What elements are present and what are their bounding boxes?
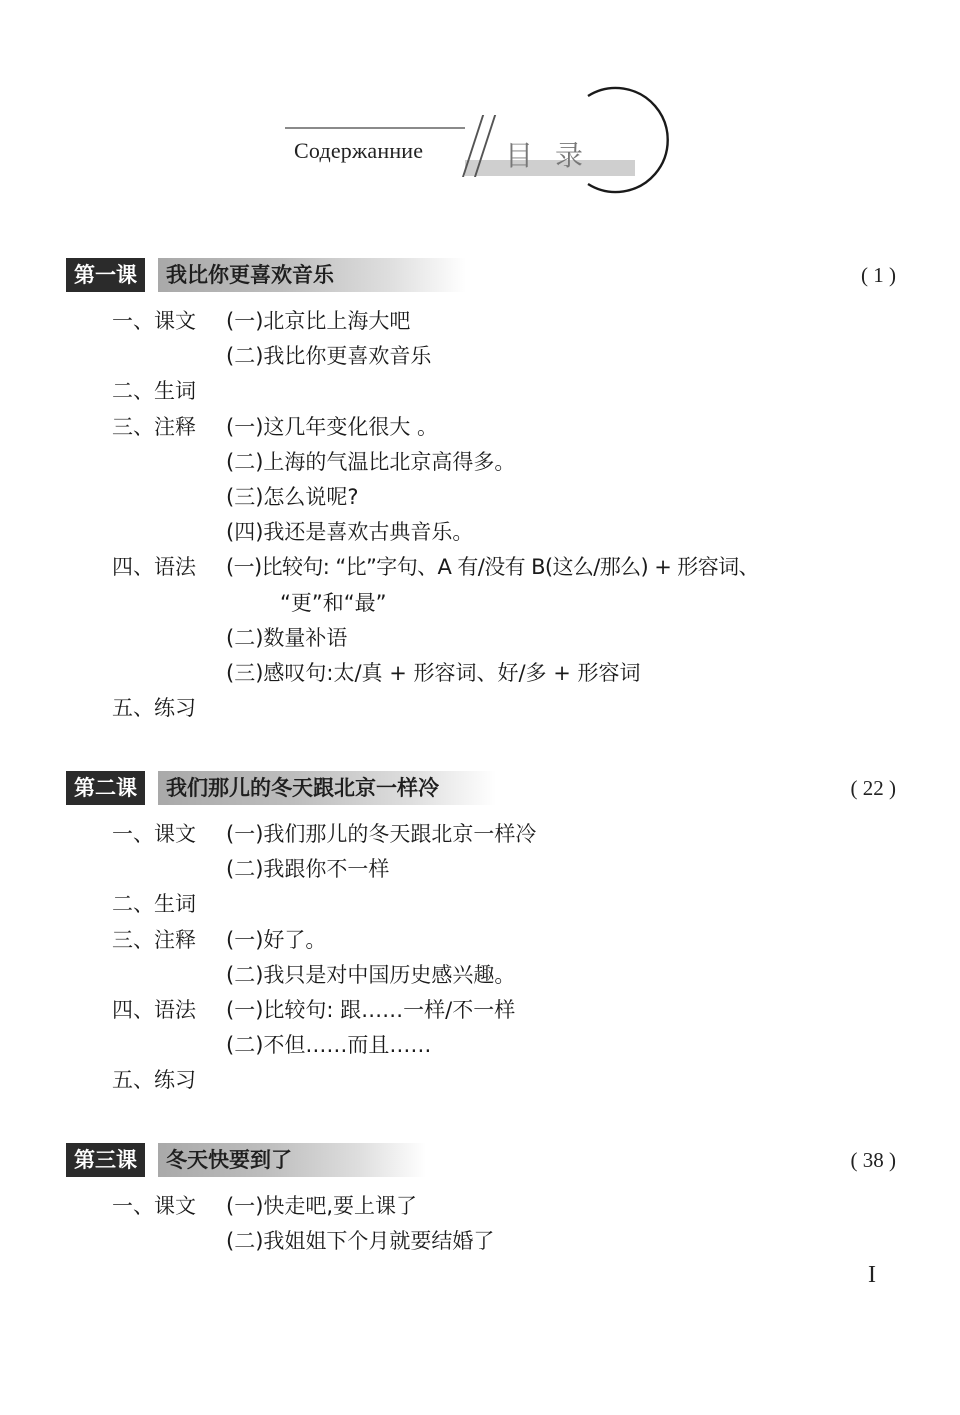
toc-row[interactable]: “更”和“最” (0, 586, 960, 621)
toc-row[interactable]: (二)数量补语 (0, 621, 960, 656)
toc-row[interactable]: 五、练习 (0, 1063, 960, 1098)
toc-row[interactable]: 一、课文(一)快走吧,要上课了 (0, 1189, 960, 1224)
lesson-header[interactable]: 第三课 冬天快要到了 ( 38 ) (0, 1143, 960, 1183)
toc-row[interactable]: 五、练习 (0, 691, 960, 726)
item-label: (一)快走吧,要上课了 (226, 1189, 417, 1224)
toc-row[interactable]: (二)我姐姐下个月就要结婚了 (0, 1224, 960, 1259)
item-label: (一)比较句: 跟……一样/不一样 (226, 993, 515, 1028)
toc-row[interactable]: 四、语法(一)比较句: “比”字句、A 有/没有 B(这么/那么) + 形容词、 (0, 550, 960, 585)
section-label: 五、练习 (112, 691, 196, 726)
section-label: 三、注释 (112, 410, 196, 445)
toc-row[interactable]: (三)怎么说呢? (0, 480, 960, 515)
toc-row[interactable]: (二)我只是对中国历史感兴趣。 (0, 958, 960, 993)
item-label: (二)我姐姐下个月就要结婚了 (226, 1224, 494, 1259)
toc-row[interactable]: (三)感叹句:太/真 + 形容词、好/多 + 形容词 (0, 656, 960, 691)
item-label: (一)比较句: “比”字句、A 有/没有 B(这么/那么) + 形容词、 (226, 550, 759, 585)
header-arc-decoration (560, 82, 680, 198)
toc-row[interactable]: 一、课文(一)北京比上海大吧 (0, 304, 960, 339)
toc-row[interactable]: 一、课文(一)我们那儿的冬天跟北京一样冷 (0, 817, 960, 852)
lesson-title[interactable]: 我比你更喜欢音乐 (158, 258, 466, 292)
lesson-1: 第一课 我比你更喜欢音乐 ( 1 ) 一、课文(一)北京比上海大吧 (二)我比你… (0, 258, 960, 720)
toc-row[interactable]: 三、注释(一)好了。 (0, 923, 960, 958)
item-label: (三)感叹句:太/真 + 形容词、好/多 + 形容词 (226, 656, 641, 691)
lesson-page-ref: ( 1 ) (861, 258, 896, 292)
toc-row[interactable]: 四、语法(一)比较句: 跟……一样/不一样 (0, 993, 960, 1028)
item-label: (四)我还是喜欢古典音乐。 (226, 515, 473, 550)
item-label: (二)我比你更喜欢音乐 (226, 339, 431, 374)
lesson-title[interactable]: 我们那儿的冬天跟北京一样冷 (158, 771, 496, 805)
lesson-header[interactable]: 第二课 我们那儿的冬天跟北京一样冷 ( 22 ) (0, 771, 960, 811)
toc-row[interactable]: (二)我比你更喜欢音乐 (0, 339, 960, 374)
item-label: (一)这几年变化很大 。 (226, 410, 438, 445)
item-label: (一)我们那儿的冬天跟北京一样冷 (226, 817, 536, 852)
lesson-page-ref: ( 38 ) (851, 1143, 897, 1177)
section-label: 四、语法 (112, 993, 196, 1028)
toc-header: Содержанние 目录 (0, 0, 960, 220)
item-label: (二)数量补语 (226, 621, 347, 656)
section-label: 一、课文 (112, 817, 196, 852)
header-rule (285, 127, 465, 129)
toc-row[interactable]: (二)我跟你不一样 (0, 852, 960, 887)
toc-row[interactable]: 二、生词 (0, 887, 960, 922)
section-label: 一、课文 (112, 304, 196, 339)
item-label: (一)好了。 (226, 923, 326, 958)
section-label: 二、生词 (112, 887, 196, 922)
lesson-header[interactable]: 第一课 我比你更喜欢音乐 ( 1 ) (0, 258, 960, 298)
item-label-continuation: “更”和“最” (280, 586, 387, 621)
page-number: I (868, 1262, 876, 1289)
lesson-number-badge: 第一课 (66, 258, 145, 292)
item-label: (二)不但……而且…… (226, 1028, 431, 1063)
lesson-page-ref: ( 22 ) (851, 771, 897, 805)
section-label: 二、生词 (112, 374, 196, 409)
toc-row[interactable]: 三、注释(一)这几年变化很大 。 (0, 410, 960, 445)
lesson-2: 第二课 我们那儿的冬天跟北京一样冷 ( 22 ) 一、课文(一)我们那儿的冬天跟… (0, 771, 960, 1093)
item-label: (二)我只是对中国历史感兴趣。 (226, 958, 515, 993)
section-label: 三、注释 (112, 923, 196, 958)
lesson-number-badge: 第二课 (66, 771, 145, 805)
section-label: 四、语法 (112, 550, 196, 585)
lesson-3: 第三课 冬天快要到了 ( 38 ) 一、课文(一)快走吧,要上课了 (二)我姐姐… (0, 1143, 960, 1253)
item-label: (二)我跟你不一样 (226, 852, 389, 887)
item-label: (二)上海的气温比北京高得多。 (226, 445, 515, 480)
toc-row[interactable]: 二、生词 (0, 374, 960, 409)
section-label: 五、练习 (112, 1063, 196, 1098)
lesson-title[interactable]: 冬天快要到了 (158, 1143, 426, 1177)
toc-row[interactable]: (二)上海的气温比北京高得多。 (0, 445, 960, 480)
toc-row[interactable]: (二)不但……而且…… (0, 1028, 960, 1063)
item-label: (三)怎么说呢? (226, 480, 359, 515)
item-label: (一)北京比上海大吧 (226, 304, 410, 339)
toc-row[interactable]: (四)我还是喜欢古典音乐。 (0, 515, 960, 550)
section-label: 一、课文 (112, 1189, 196, 1224)
header-title-russian: Содержанние (294, 138, 423, 164)
lesson-number-badge: 第三课 (66, 1143, 145, 1177)
